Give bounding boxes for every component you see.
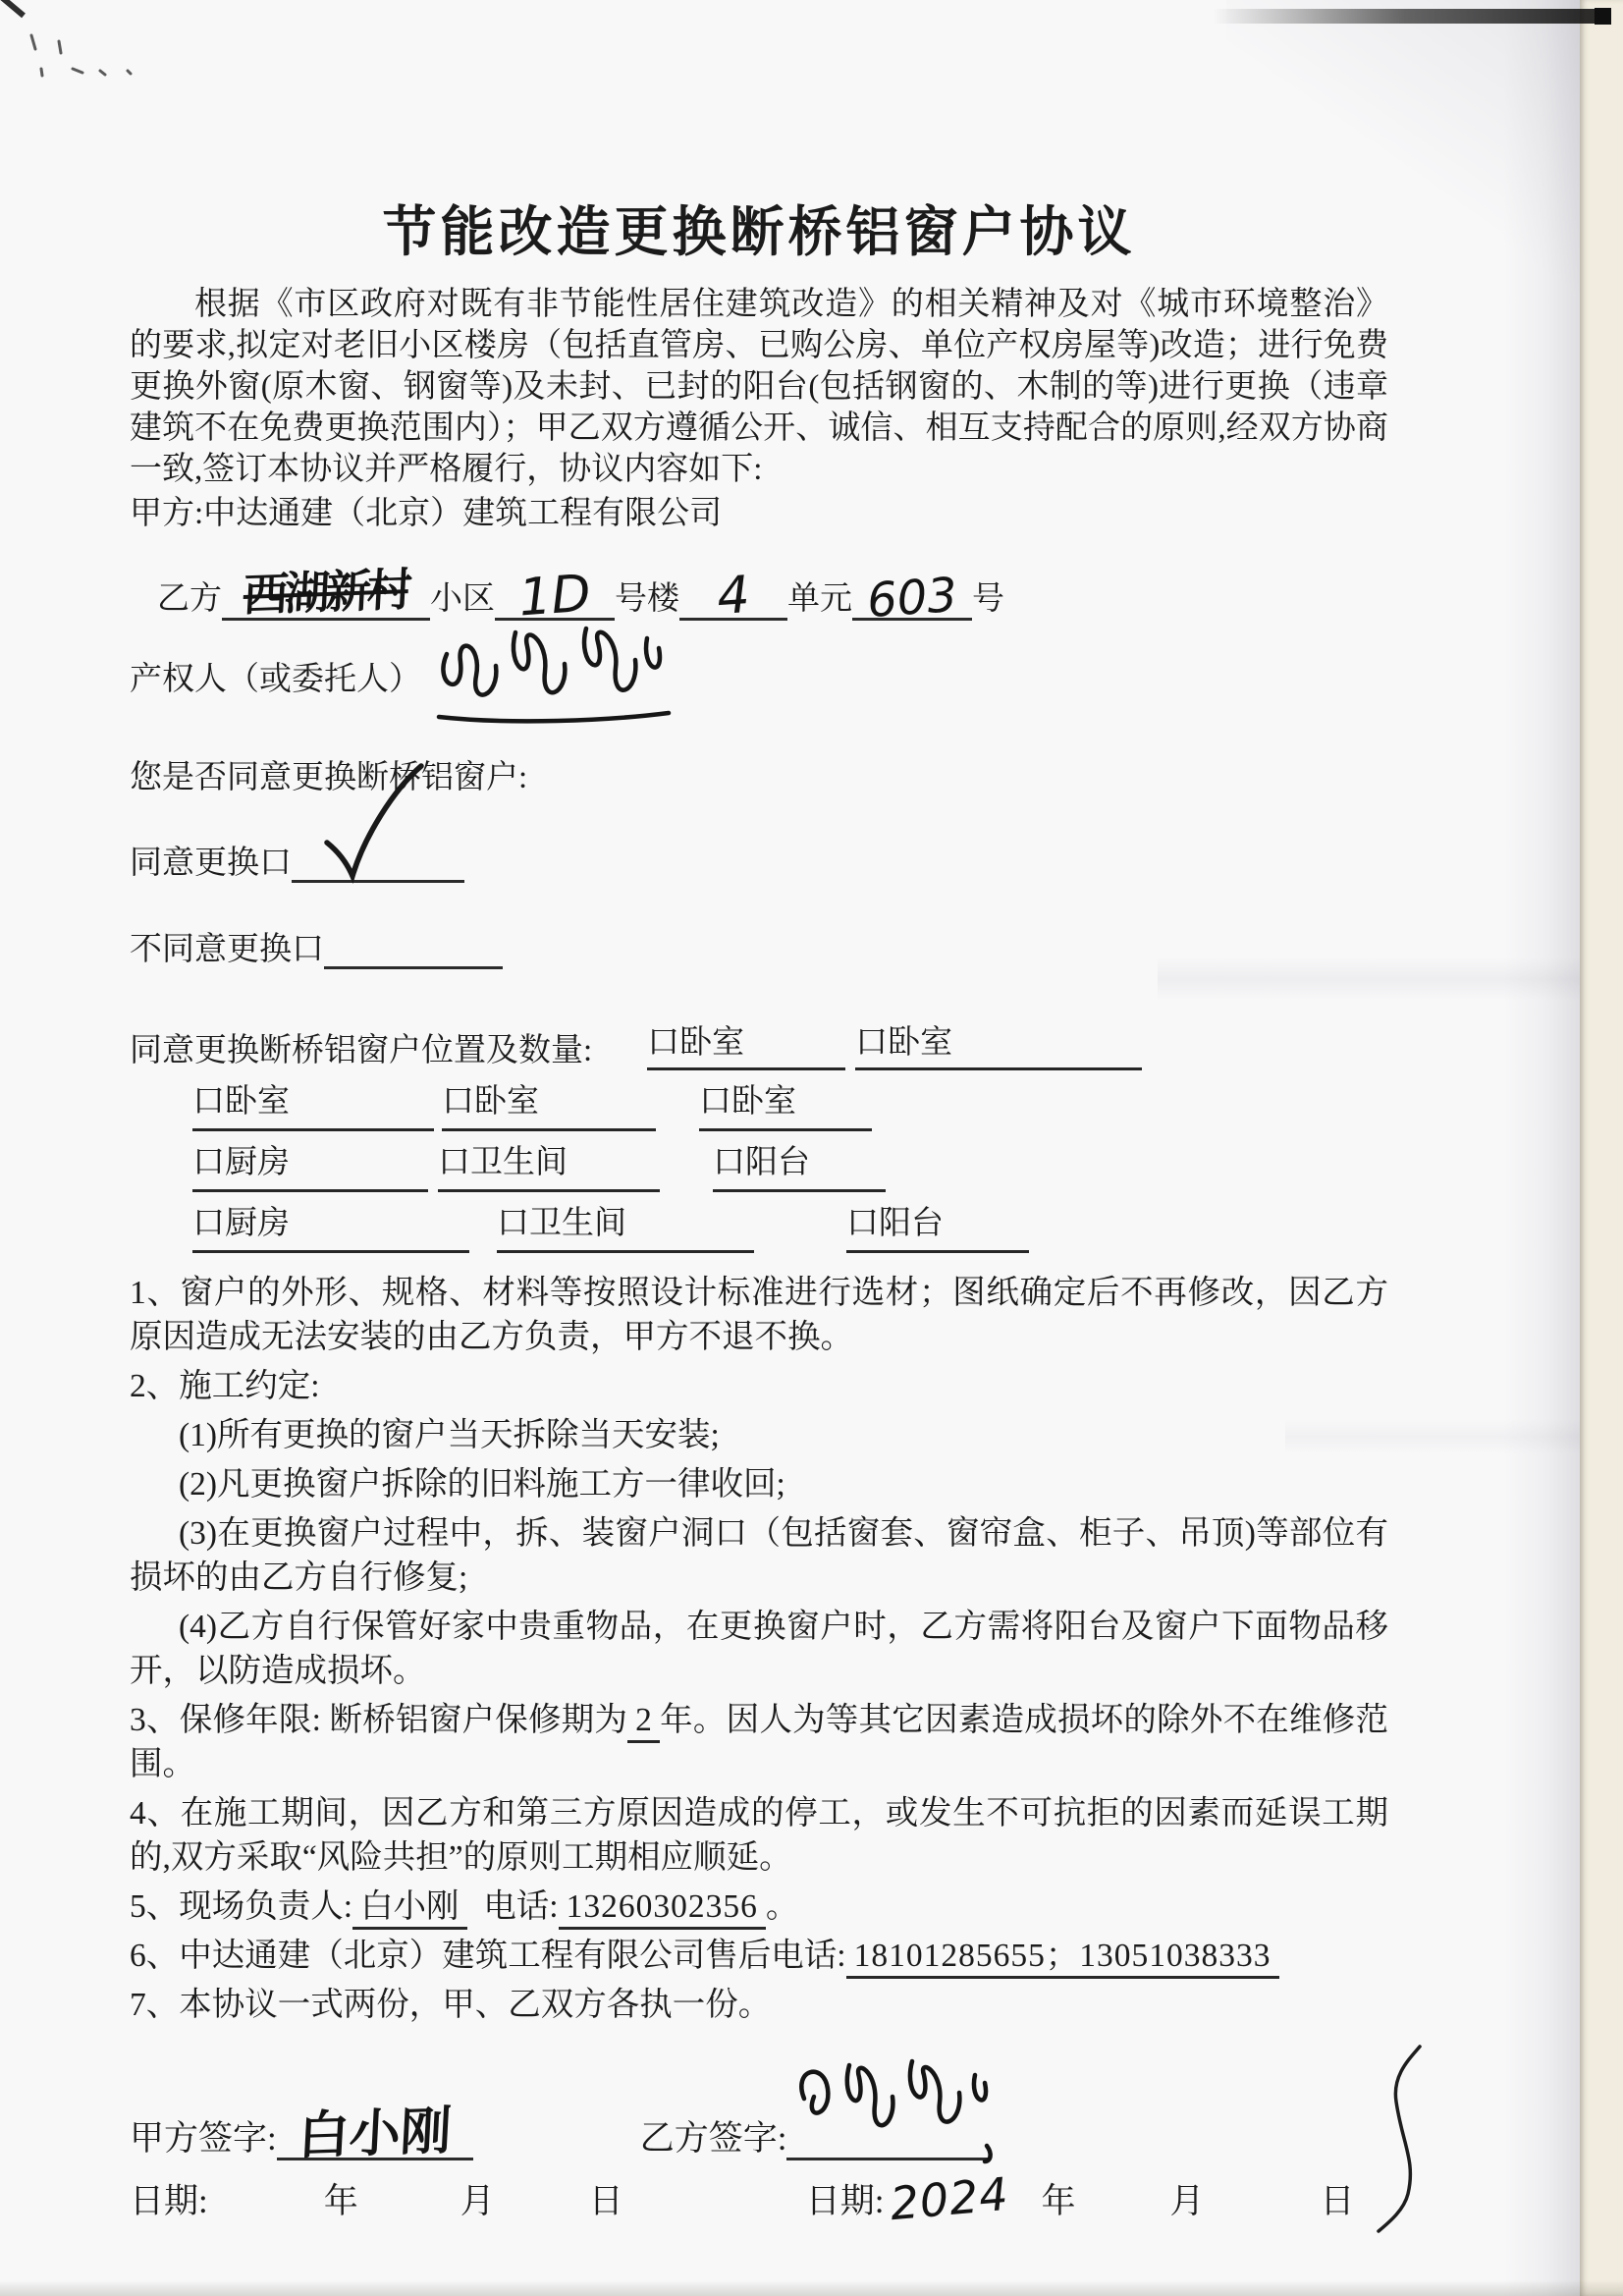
paper-right-edge (1580, 0, 1623, 2296)
owner-line: 产权人（或委托人） (130, 634, 1388, 717)
disagree-answer-field (324, 927, 503, 969)
owner-label: 产权人（或委托人） (130, 653, 421, 699)
party-a-month-label: 月 (460, 2174, 495, 2223)
room-cell-bedroom: 口卧室 (699, 1080, 872, 1131)
after-sales-phones: 18101285655；13051038333 (846, 1938, 1279, 1979)
room-cell-kitchen: 口厨房 (192, 1141, 428, 1192)
clauses-section: 1、窗户的外形、规格、材料等按照设计标准进行选材；图纸确定后不再修改，因乙方原因… (130, 1271, 1388, 2027)
clause-5-label: 5、现场负责人: (130, 1888, 352, 1925)
room-cell-kitchen: 口厨房 (192, 1202, 469, 1253)
agree-option-line: 同意更换口 (130, 832, 1388, 883)
rooms-row-2: 口厨房 口卫生间 口阳台 (192, 1141, 1388, 1192)
unit-suffix: 单元 (787, 573, 852, 621)
party-a-line: 甲方:中达通建（北京）建筑工程有限公司 (130, 492, 1388, 536)
page-bottom-shadow (0, 2280, 1623, 2296)
party-a-year-label: 年 (324, 2174, 358, 2223)
community-suffix: 小区 (430, 573, 495, 621)
party-b-day-label: 日 (1321, 2174, 1355, 2223)
disagree-option-line: 不同意更换口 (130, 918, 1388, 969)
party-a-signature-label: 甲方签字: (130, 2111, 277, 2160)
party-b-month-label: 月 (1170, 2174, 1205, 2223)
room-cell-balcony: 口阳台 (846, 1202, 1029, 1253)
room-cell-bedroom: 口卧室 (442, 1080, 656, 1131)
room-suffix: 号 (972, 573, 1004, 621)
sub-clause-4: (4)乙方自行保管好家中贵重物品，在更换窗户时，乙方需将阳台及窗户下面物品移开，… (130, 1605, 1388, 1693)
room-cell-bedroom: 口卧室 (647, 1016, 845, 1070)
phone-label: 电话: (483, 1888, 558, 1925)
unit-number-field: 4 (679, 573, 787, 621)
scanned-agreement-page: 节能改造更换断桥铝窗户协议 根据《市区政府对既有非节能性居住建筑改造》的相关精神… (0, 0, 1623, 2296)
party-b-year-handwritten: 2024 (888, 2167, 1010, 2230)
signature-row: 甲方签字: 白小刚 乙方签字: (130, 2086, 1388, 2160)
clause-5: 5、现场负责人:白小刚 电话:13260302356。 (130, 1885, 1388, 1929)
scanner-artifact-dot (1595, 8, 1611, 25)
room-cell-bathroom: 口卫生间 (497, 1202, 754, 1253)
clause-2-heading: 2、施工约定: (130, 1364, 1388, 1408)
clause-3-text: 3、保修年限: 断桥铝窗户保修期为 (130, 1702, 627, 1738)
unit-handwritten-value: 4 (715, 566, 751, 627)
date-row: 日期: 年 月 日 日期: 2024 年 月 日 (130, 2174, 1388, 2223)
party-a-signature-handwritten: 白小刚 (297, 2089, 454, 2168)
community-field: 西湖新村 (222, 573, 430, 621)
room-cell-bedroom: 口卧室 (855, 1016, 1142, 1070)
party-b-signature-scribble (781, 2051, 1006, 2169)
rooms-row-3: 口厨房 口卫生间 口阳台 (192, 1202, 1388, 1253)
sub-clause-2: (2)凡更换窗户拆除的旧料施工方一律收回; (130, 1462, 1388, 1506)
clause-4: 4、在施工期间，因乙方和第三方原因造成的停工，或发生不可抗拒的因素而延误工期的,… (130, 1791, 1388, 1880)
pen-specks-top-left (26, 27, 183, 91)
building-number-field: 1D (495, 573, 615, 621)
room-cell-bathroom: 口卫生间 (438, 1141, 660, 1192)
agree-label: 同意更换口 (130, 837, 292, 883)
agree-checkmark-icon (319, 762, 429, 886)
party-b-line: 乙方 西湖新村 小区 1D 号楼 4 单元 603 号 (130, 548, 1388, 621)
agreement-document: 节能改造更换断桥铝窗户协议 根据《市区政府对既有非节能性居住建筑改造》的相关精神… (130, 189, 1388, 2223)
clause-7: 7、本协议一式两份，甲、乙双方各执一份。 (130, 1983, 1388, 2027)
clause-6: 6、中达通建（北京）建筑工程有限公司售后电话:18101285655；13051… (130, 1934, 1388, 1978)
rooms-row-1: 口卧室 口卧室 口卧室 (192, 1080, 1388, 1131)
rooms-intro-label: 同意更换断桥铝窗户位置及数量: (130, 1024, 592, 1070)
signatures-section: 甲方签字: 白小刚 乙方签字: (130, 2086, 1388, 2223)
room-number-field: 603 (852, 573, 972, 621)
party-b-year-label: 年 (1042, 2174, 1076, 2223)
room-handwritten-value: 603 (865, 568, 958, 629)
clause-1: 1、窗户的外形、规格、材料等按照设计标准进行选材；图纸确定后不再修改，因乙方原因… (130, 1271, 1388, 1359)
clause-5-period: 。 (766, 1888, 799, 1925)
intro-paragraph: 根据《市区政府对既有非节能性居住建筑改造》的相关精神及对《城市环境整治》的要求,… (130, 284, 1388, 490)
clause-6-label: 6、中达通建（北京）建筑工程有限公司售后电话: (130, 1938, 846, 1974)
warranty-years-value: 2 (627, 1702, 660, 1743)
clause-3: 3、保修年限: 断桥铝窗户保修期为2年。因人为等其它因素造成损坏的除外不在维修范… (130, 1698, 1388, 1786)
building-suffix: 号楼 (615, 573, 679, 621)
owner-signature-scribble (421, 636, 706, 715)
party-b-date-label: 日期: (806, 2174, 885, 2223)
agree-answer-field (292, 841, 464, 883)
party-b-signature-field (786, 2114, 988, 2160)
paper-crease-vertical (1503, 0, 1580, 2296)
corner-ink-mark (0, 0, 26, 18)
party-b-label: 乙方 (157, 573, 222, 621)
sub-clause-3: (3)在更换窗户过程中，拆、装窗户洞口（包括窗套、窗帘盒、柜子、吊顶)等部位有损… (130, 1511, 1388, 1600)
party-a-signature-field: 白小刚 (277, 2114, 473, 2160)
sub-clause-1: (1)所有更换的窗户当天拆除当天安装; (130, 1413, 1388, 1457)
disagree-label: 不同意更换口 (130, 923, 324, 969)
party-b-year-field: 2024 (885, 2174, 1014, 2215)
rooms-header-row: 同意更换断桥铝窗户位置及数量: 口卧室 口卧室 (130, 1016, 1388, 1070)
site-manager-name: 白小刚 (352, 1888, 467, 1930)
room-cell-balcony: 口阳台 (713, 1141, 886, 1192)
room-cell-bedroom: 口卧室 (192, 1080, 434, 1131)
rooms-section: 同意更换断桥铝窗户位置及数量: 口卧室 口卧室 口卧室 口卧室 口卧室 口厨房 … (130, 1016, 1388, 1253)
party-a-day-label: 日 (589, 2174, 623, 2223)
party-b-signature-label: 乙方签字: (640, 2111, 787, 2160)
document-title: 节能改造更换断桥铝窗户协议 (130, 189, 1388, 266)
site-manager-phone: 13260302356 (559, 1888, 766, 1930)
party-a-date-label: 日期: (130, 2174, 208, 2223)
scanner-artifact-strip (1213, 9, 1597, 24)
community-handwritten-value: 西湖新村 (242, 554, 409, 625)
